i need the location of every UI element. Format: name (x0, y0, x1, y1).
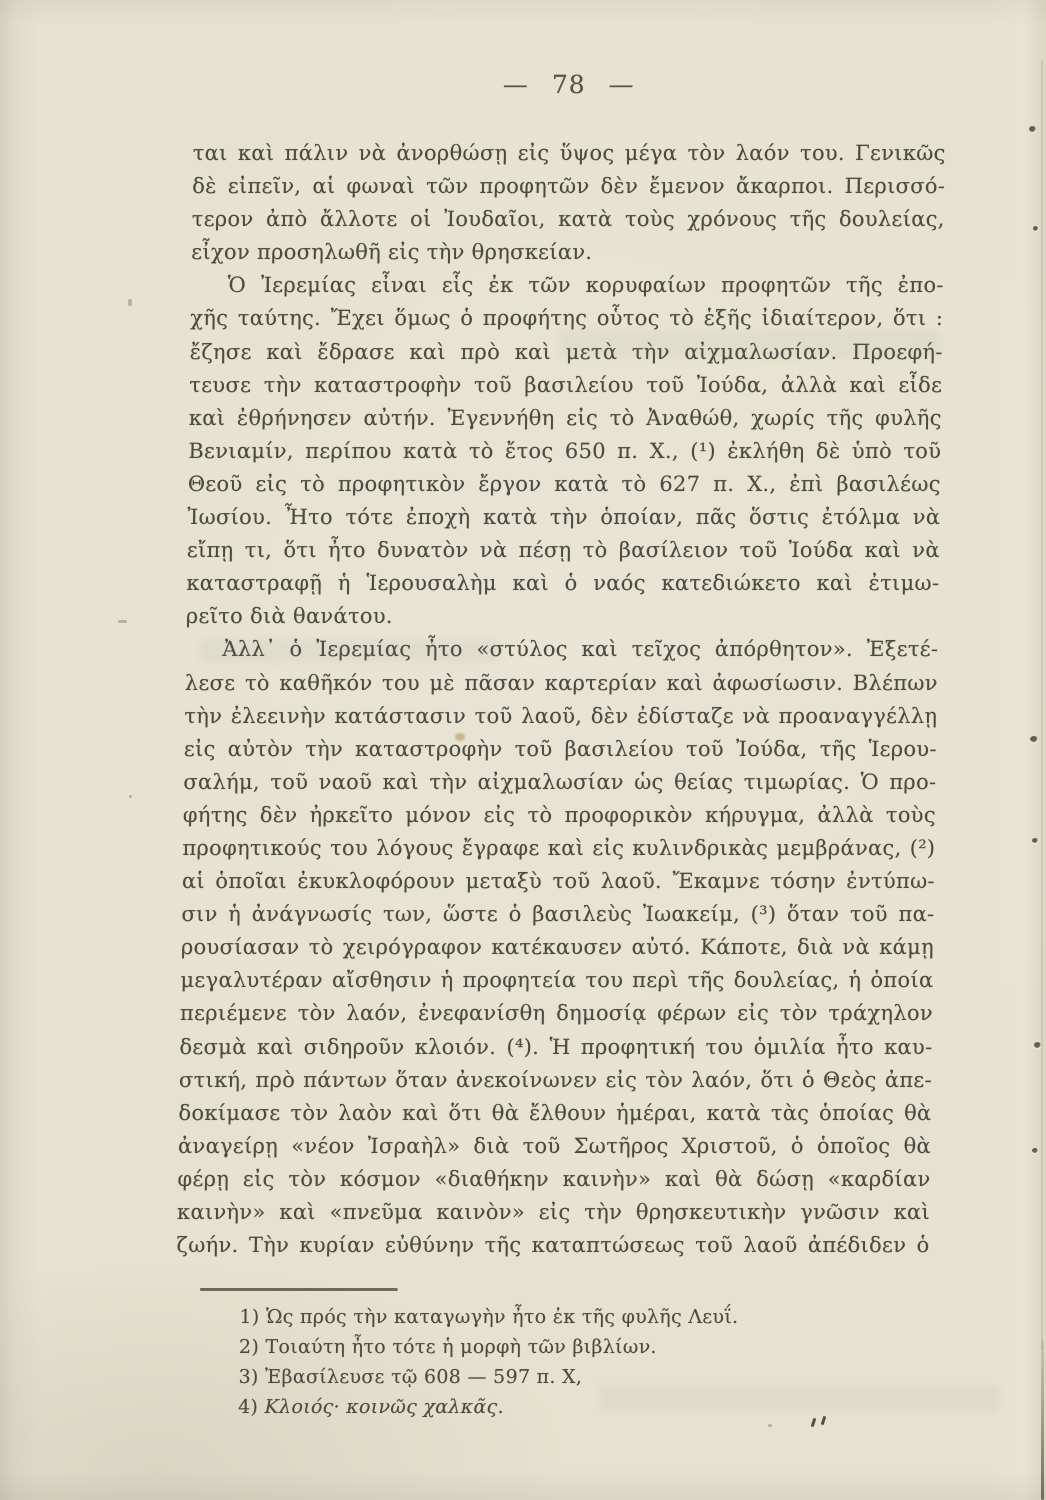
page-number: — 78 — (499, 70, 639, 99)
body-text-line: μεγαλυτέραν αἴσθησιν ἡ προφητεία του περ… (180, 964, 933, 997)
body-text-line: φέρῃ εἰς τὸν κόσμον «διαθήκην καινὴν» κα… (177, 1163, 930, 1196)
body-text-line: δὲ εἰπεῖν, αἱ φωναὶ τῶν προφητῶν δὲν ἔμε… (192, 170, 945, 203)
body-text-line: χῆς ταύτης. Ἔχει ὅμως ὁ προφήτης οὗτος τ… (190, 302, 943, 335)
footnote-number: 2) (239, 1336, 266, 1358)
footnote-text: Ὡς πρός τὴν καταγωγὴν ἦτο ἐκ τῆς φυλῆς Λ… (266, 1306, 739, 1328)
body-text-line: Ὁ Ἰερεμίας εἶναι εἷς ἐκ τῶν κορυφαίων πρ… (191, 269, 944, 302)
body-text-line: σιν ἡ ἀνάγνωσίς των, ὥστε ὁ βασιλεὺς Ἰωα… (181, 898, 934, 931)
body-text-line: περιέμενε τὸν λαόν, ἐνεφανίσθη δημοσίᾳ φ… (180, 997, 933, 1030)
footnote-text: Κλοιός· κοινῶς χαλκᾶς. (264, 1396, 504, 1418)
footnotes-block: 1) Ὡς πρός τὴν καταγωγὴν ἦτο ἐκ τῆς φυλῆ… (238, 1302, 880, 1422)
footnote-number: 3) (238, 1366, 265, 1388)
body-text-line: ρουσίασαν τὸ χειρόγραφον κατέκαυσεν αὐτό… (181, 931, 934, 964)
body-text-line: αἱ ὁποῖαι ἐκυκλοφόρουν μεταξὺ τοῦ λαοῦ. … (182, 865, 935, 898)
body-text-line: Βενιαμίν, περίπου κατὰ τὸ ἔτος 650 π. Χ.… (188, 435, 941, 468)
footnote-text: Ἐβασίλευσε τῷ 608 — 597 π. Χ, (265, 1366, 583, 1388)
footnote-separator-rule (200, 1288, 398, 1291)
footnote-line: 1) Ὡς πρός τὴν καταγωγὴν ἦτο ἐκ τῆς φυλῆ… (239, 1302, 879, 1332)
body-text-line: Ἰωσίου. Ἦτο τότε ἐποχὴ κατὰ τὴν ὁποίαν, … (187, 501, 940, 534)
body-text-line: στική, πρὸ πάντων ὅταν ἀνεκοίνωνεν εἰς τ… (179, 1064, 932, 1097)
body-text-line: σαλήμ, τοῦ ναοῦ καὶ τὴν αἰχμαλωσίαν ὡς θ… (183, 766, 936, 799)
paper-speck (1034, 1042, 1041, 1048)
paper-speck (1032, 1148, 1038, 1153)
body-text-line: εἶχον προσηλωθῆ εἰς τὴν θρησκείαν. (191, 236, 944, 269)
body-text-line: ρεῖτο διὰ θανάτου. (186, 600, 939, 633)
page-edge-shadow (1041, 1340, 1044, 1500)
body-text-block: ται καὶ πάλιν νὰ ἀνορθώσῃ εἰς ὕψος μέγα … (176, 137, 946, 1262)
body-text-line: φήτης δὲν ἠρκεῖτο μόνον εἰς τὸ προφορικὸ… (183, 799, 936, 832)
footnote-text: Τοιαύτη ἦτο τότε ἡ μορφὴ τῶν βιβλίων. (265, 1336, 657, 1358)
body-text-line: ἔζησε καὶ ἔδρασε καὶ πρὸ καὶ μετὰ τὴν αἰ… (190, 336, 943, 369)
footnote-line: 3) Ἐβασίλευσε τῷ 608 — 597 π. Χ, (238, 1362, 878, 1392)
footnote-line: 2) Τοιαύτη ἦτο τότε ἡ μορφὴ τῶν βιβλίων. (239, 1332, 879, 1362)
body-text-line: λεσε τὸ καθῆκόν του μὲ πᾶσαν καρτερίαν κ… (185, 667, 938, 700)
body-text-line: προφητικούς του λόγους ἔγραφε καὶ εἰς κυ… (182, 832, 935, 865)
footnote-number: 1) (239, 1306, 266, 1328)
body-text-line: τὴν ἐλεεινὴν κατάστασιν τοῦ λαοῦ, δὲν ἐδ… (184, 700, 937, 733)
body-text-line: Ἀλλ᾽ ὁ Ἰερεμίας ἦτο «στύλος καὶ τεῖχος ἀ… (185, 633, 938, 666)
body-text-line: Θεοῦ εἰς τὸ προφητικὸν ἔργον κατὰ τὸ 627… (188, 468, 941, 501)
scanned-book-page: — 78 — ται καὶ πάλιν νὰ ἀνορθώσῃ εἰς ὕψο… (0, 0, 1046, 1500)
body-text-line: τερον ἀπὸ ἄλλοτε οἱ Ἰουδαῖοι, κατὰ τοὺς … (191, 203, 944, 236)
body-text-line: δοκίμασε τὸν λαὸν καὶ ὅτι θὰ ἔλθουν ἡμέρ… (178, 1097, 931, 1130)
body-text-line: καὶ ἐθρήνησεν αὐτήν. Ἐγεννήθη εἰς τὸ Ἀνα… (189, 402, 942, 435)
body-text-line: ἀναγείρῃ «νέον Ἰσραὴλ» διὰ τοῦ Σωτῆρος Χ… (178, 1130, 931, 1163)
body-text-line: εἴπῃ τι, ὅτι ἦτο δυνατὸν νὰ πέσῃ τὸ βασί… (187, 534, 940, 567)
body-text-line: ται καὶ πάλιν νὰ ἀνορθώσῃ εἰς ὕψος μέγα … (192, 137, 945, 170)
footnote-number: 4) (238, 1396, 265, 1418)
body-text-line: τευσε τὴν καταστροφὴν τοῦ βασιλείου τοῦ … (189, 369, 942, 402)
body-text-line: δεσμὰ καὶ σιδηροῦν κλοιόν. (⁴). Ἡ προφητ… (179, 1031, 932, 1064)
body-text-line: καινὴν» καὶ «πνεῦμα καινὸν» εἰς τὴν θρησ… (177, 1196, 930, 1229)
footnote-line: 4) Κλοιός· κοινῶς χαλκᾶς. (238, 1392, 878, 1422)
body-text-line: εἰς αὐτὸν τὴν καταστροφὴν τοῦ βασιλείου … (184, 733, 937, 766)
page-content: — 78 — ται καὶ πάλιν νὰ ἀνορθώσῃ εἰς ὕψο… (0, 0, 1046, 1500)
body-text-line: ζωήν. Τὴν κυρίαν εὐθύνην τῆς καταπτώσεως… (176, 1229, 929, 1262)
body-text-line: καταστραφῇ ἡ Ἱερουσαλὴμ καὶ ὁ ναός κατεδ… (186, 567, 939, 600)
